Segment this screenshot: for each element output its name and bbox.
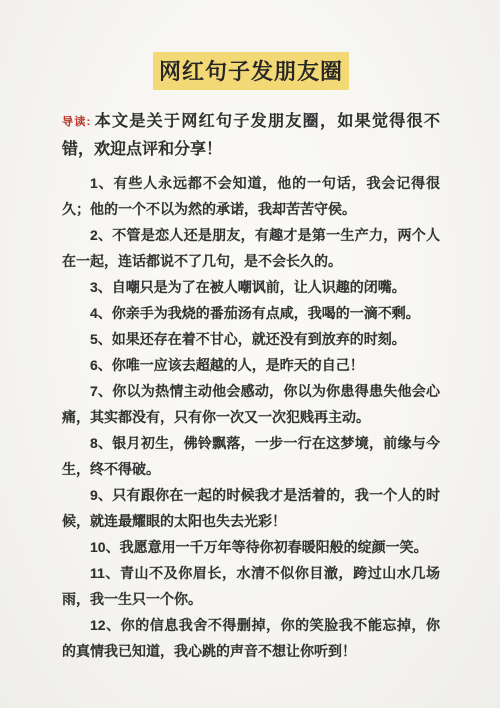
title-highlight: 网红句子发朋友圈 (153, 52, 349, 90)
lead-paragraph: 导读:本文是关于网红句子发朋友圈，如果觉得很不错，欢迎点评和分享！ (62, 108, 440, 163)
list-item: 4、你亲手为我烧的番茄汤有点咸，我喝的一滴不剩。 (62, 300, 440, 326)
list-item: 2、不管是恋人还是朋友，有趣才是第一生产力，两个人在一起，连话都说不了几句，是不… (62, 222, 440, 274)
list-item: 5、如果还存在着不甘心，就还没有到放弃的时刻。 (62, 326, 440, 352)
list-item: 1、有些人永远都不会知道，他的一句话，我会记得很久；他的一个不以为然的承诺，我却… (62, 170, 440, 222)
list-item: 10、我愿意用一千万年等待你初春暖阳般的绽颜一笑。 (62, 534, 440, 560)
list-item: 8、银月初生，佛铃飘落，一步一行在这梦境，前缘与今生，终不得破。 (62, 430, 440, 482)
list-item: 11、青山不及你眉长，水清不似你目澈，跨过山水几场雨，我一生只一个你。 (62, 560, 440, 612)
page-title: 网红句子发朋友圈 (62, 52, 440, 90)
list-item: 9、只有跟你在一起的时候我才是活着的，我一个人的时候，就连最耀眼的太阳也失去光彩… (62, 482, 440, 534)
lead-text: 本文是关于网红句子发朋友圈，如果觉得很不错，欢迎点评和分享！ (62, 113, 440, 158)
lead-label: 导读: (62, 116, 90, 128)
list-item: 6、你唯一应该去超越的人，是昨天的自己！ (62, 352, 440, 378)
list-item: 7、你以为热情主动他会感动，你以为你患得患失他会心痛，其实都没有，只有你一次又一… (62, 378, 440, 430)
list-item: 3、自嘲只是为了在被人嘲讽前，让人识趣的闭嘴。 (62, 274, 440, 300)
list-item: 12、你的信息我舍不得删掉，你的笑脸我不能忘掉，你的真情我已知道，我心跳的声音不… (62, 612, 440, 664)
document-page: 网红句子发朋友圈 导读:本文是关于网红句子发朋友圈，如果觉得很不错，欢迎点评和分… (0, 0, 500, 708)
